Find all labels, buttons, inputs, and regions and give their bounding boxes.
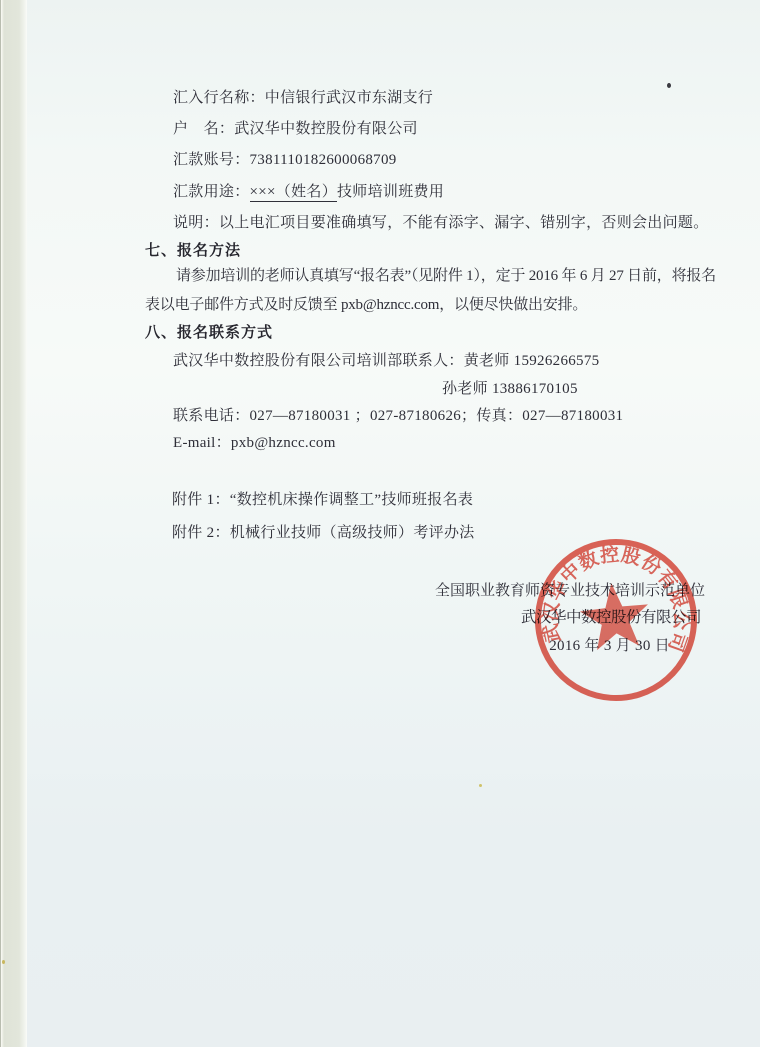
section8-heading: 八、报名联系方式 (145, 323, 273, 343)
contact-person-line1: 武汉华中数控股份有限公司培训部联系人：黄老师 15926266575 (173, 351, 599, 371)
remit-account-number: 汇款账号：7381110182600068709 (173, 150, 397, 170)
section7-heading: 七、报名方法 (145, 241, 241, 261)
signature-company-name: 武汉华中数控股份有限公司 (521, 608, 701, 628)
contact-phone-line: 联系电话：027—87180031 ；027-87180626；传真：027—8… (173, 406, 623, 426)
remit-note-line: 说明：以上电汇项目要准确填写，不能有添字、漏字、错别字，否则会出问题。 (173, 213, 709, 233)
purpose-label: 汇款用途： (173, 184, 250, 200)
scan-speck (667, 83, 671, 88)
contact-person-line2: 孙老师 13886170105 (442, 379, 578, 399)
remit-account-name: 户 名：武汉华中数控股份有限公司 (173, 119, 418, 139)
section7-paragraph-line2: 表以电子邮件方式及时反馈至 pxb@hzncc.com，以便尽快做出安排。 (145, 295, 587, 315)
remit-bank-line: 汇入行名称：中信银行武汉市东湖支行 (173, 88, 433, 108)
contact-email-line: E-mail：pxb@hzncc.com (173, 433, 336, 453)
signature-unit-title: 全国职业教育师资专业技术培训示范单位 (435, 581, 705, 601)
scan-left-edge (0, 0, 27, 1047)
scan-speck (479, 784, 482, 787)
purpose-underlined-blank: ×××（姓名） (250, 184, 337, 202)
attachment-2-line: 附件 2：机械行业技师（高级技师）考评办法 (172, 523, 475, 543)
section7-paragraph-line1: 请参加培训的老师认真填写“报名表”（见附件 1），定于 2016 年 6 月 2… (176, 266, 716, 286)
purpose-rest: 技师培训班费用 (337, 184, 444, 200)
signature-date: 2016 年 3 月 30 日 (549, 636, 670, 656)
attachment-1-line: 附件 1：“数控机床操作调整工”技师班报名表 (172, 490, 473, 510)
scanned-document-page: 汇入行名称：中信银行武汉市东湖支行 户 名：武汉华中数控股份有限公司 汇款账号：… (0, 0, 760, 1047)
remit-purpose-line: 汇款用途：×××（姓名）技师培训班费用 (173, 182, 444, 202)
scan-speck (2, 960, 5, 964)
